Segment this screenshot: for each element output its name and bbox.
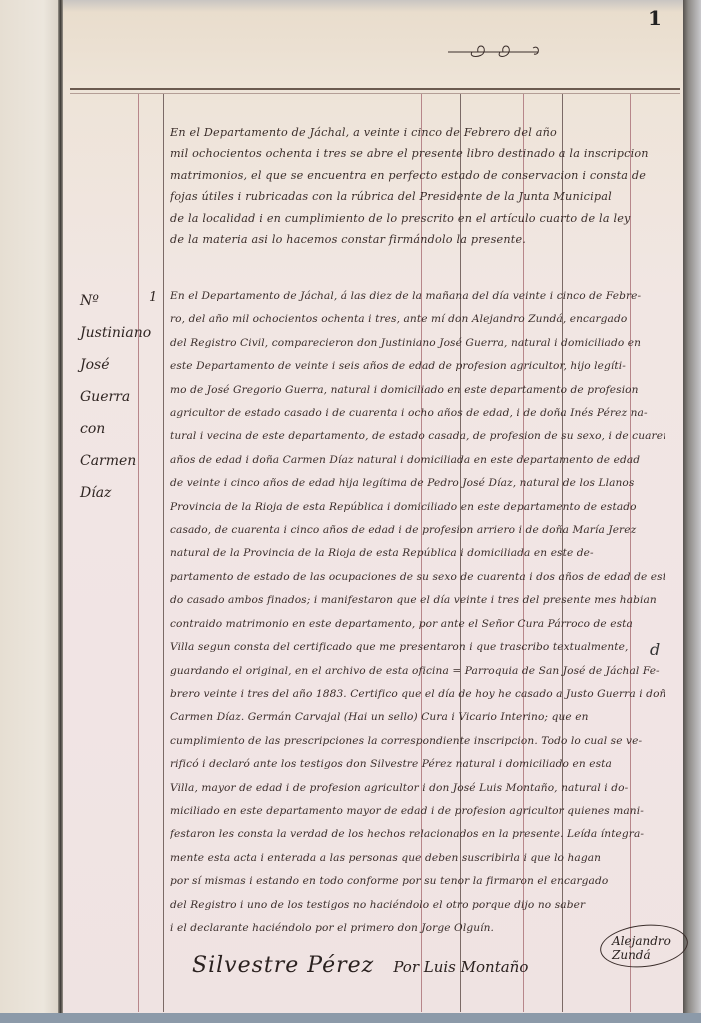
registrar-signature: Alejandro Zundá bbox=[612, 934, 701, 962]
column-rule bbox=[163, 94, 164, 1012]
text-line: del Registro Civil, comparecieron don Ju… bbox=[170, 332, 665, 355]
text-line: ro, del año mil ochocientos ochenta i tr… bbox=[170, 308, 665, 331]
left-page bbox=[0, 0, 62, 1023]
text-line: guardando el original, en el archivo de … bbox=[170, 660, 665, 683]
text-line: rificó i declaró ante los testigos don S… bbox=[170, 753, 665, 776]
margin-mark: d bbox=[650, 640, 660, 659]
intro-paragraph: En el Departamento de Jáchal, a veinte i… bbox=[170, 122, 650, 250]
margin-note-line: José bbox=[80, 349, 142, 381]
text-line: tural i vecina de este departamento, de … bbox=[170, 425, 665, 448]
entry-number: 1 bbox=[149, 290, 157, 305]
text-line: matrimonios, el que se encuentra en perf… bbox=[170, 165, 650, 186]
text-line: i el declarante haciéndolo por el primer… bbox=[170, 917, 665, 940]
margin-note-line: Carmen bbox=[80, 445, 142, 477]
text-line: casado, de cuarenta i cinco años de edad… bbox=[170, 519, 665, 542]
text-line: En el Departamento de Jáchal, á las diez… bbox=[170, 285, 665, 308]
text-line: años de edad i doña Carmen Díaz natural … bbox=[170, 449, 665, 472]
page-top-shadow bbox=[63, 0, 683, 12]
table-surface bbox=[0, 1013, 701, 1023]
text-line: En el Departamento de Jáchal, a veinte i… bbox=[170, 122, 650, 143]
text-line: brero veinte i tres del año 1883. Certif… bbox=[170, 683, 665, 706]
text-line: fojas útiles i rubricadas con la rúbrica… bbox=[170, 186, 650, 207]
header-rule bbox=[70, 88, 680, 90]
margin-note-line: Justiniano bbox=[80, 317, 142, 349]
text-line: festaron les consta la verdad de los hec… bbox=[170, 823, 665, 846]
text-line: Carmen Díaz. Germán Carvajal (Hai un sel… bbox=[170, 706, 665, 729]
text-line: mo de José Gregorio Guerra, natural i do… bbox=[170, 379, 665, 402]
text-line: do casado ambos finados; i manifestaron … bbox=[170, 589, 665, 612]
text-line: contraido matrimonio en este departament… bbox=[170, 613, 665, 636]
text-line: este Departamento de veinte i seis años … bbox=[170, 355, 665, 378]
text-line: mil ochocientos ochenta i tres se abre e… bbox=[170, 143, 650, 164]
text-line: partamento de estado de las ocupaciones … bbox=[170, 566, 665, 589]
entry-body: En el Departamento de Jáchal, á las diez… bbox=[170, 285, 665, 940]
flourish-ornament-icon bbox=[448, 40, 548, 62]
signature-witness-2: Por Luis Montaño bbox=[393, 958, 528, 976]
signature-witness-1: Silvestre Pérez bbox=[192, 953, 374, 978]
header-rule-secondary bbox=[70, 93, 680, 94]
witness-signatures: Silvestre Pérez Por Luis Montaño bbox=[192, 953, 612, 978]
text-line: cumplimiento de las prescripciones la co… bbox=[170, 730, 665, 753]
text-line: por sí mismas i estando en todo conforme… bbox=[170, 870, 665, 893]
margin-note-line: Guerra bbox=[80, 381, 142, 413]
text-line: miciliado en este departamento mayor de … bbox=[170, 800, 665, 823]
text-line: Villa segun consta del certificado que m… bbox=[170, 636, 665, 659]
page-number: 1 bbox=[648, 6, 662, 30]
text-line: Provincia de la Rioja de esta República … bbox=[170, 496, 665, 519]
book-edge-background bbox=[680, 0, 701, 1023]
margin-note-line: con bbox=[80, 413, 142, 445]
text-line: de la materia asi lo hacemos constar fir… bbox=[170, 229, 650, 250]
text-line: de veinte i cinco años de edad hija legí… bbox=[170, 472, 665, 495]
text-line: natural de la Provincia de la Rioja de e… bbox=[170, 542, 665, 565]
text-line: mente esta acta i enterada a las persona… bbox=[170, 847, 665, 870]
text-line: agricultor de estado casado i de cuarent… bbox=[170, 402, 665, 425]
text-line: del Registro i uno de los testigos no ha… bbox=[170, 894, 665, 917]
text-line: Villa, mayor de edad i de profesion agri… bbox=[170, 777, 665, 800]
margin-note-line: Díaz bbox=[80, 477, 142, 509]
margin-note: Nº Justiniano José Guerra con Carmen Día… bbox=[80, 285, 142, 509]
margin-note-line: Nº bbox=[80, 285, 142, 317]
column-rule bbox=[138, 94, 139, 1012]
text-line: de la localidad i en cumplimiento de lo … bbox=[170, 208, 650, 229]
